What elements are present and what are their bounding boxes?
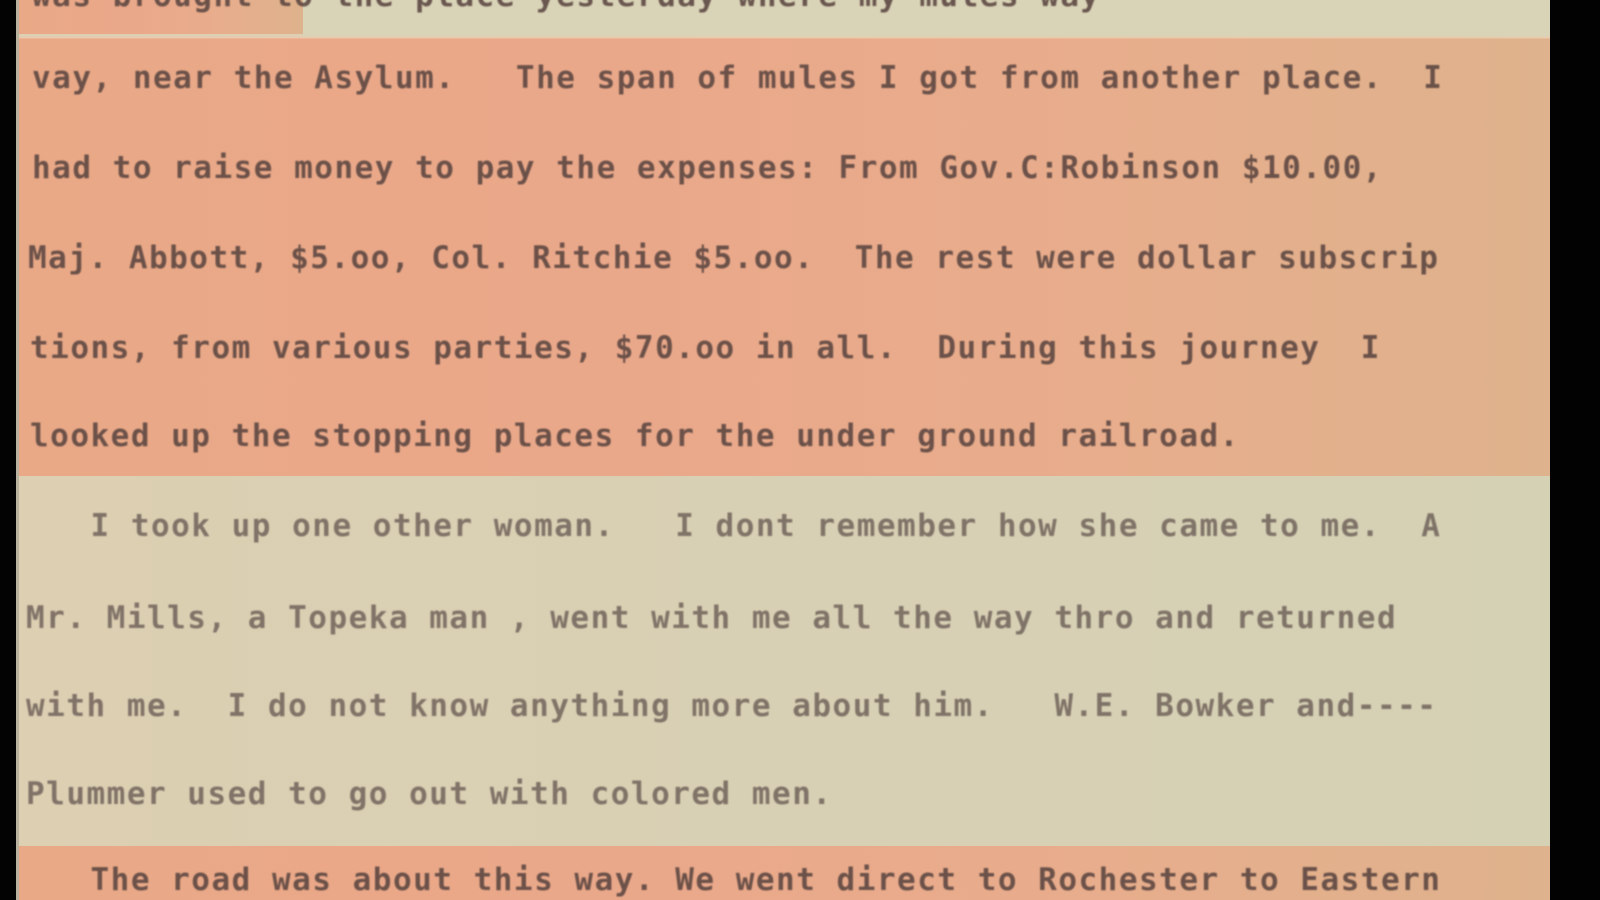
text-line-0: was brought to the place yesterday where… bbox=[32, 0, 1101, 14]
text-line-5: looked up the stopping places for the un… bbox=[30, 418, 1240, 454]
document-page: was brought to the place yesterday where… bbox=[18, 0, 1550, 900]
text-line-4: tions, from various parties, $70.oo in a… bbox=[30, 330, 1381, 366]
screen-background: was brought to the place yesterday where… bbox=[0, 0, 1600, 900]
text-line-8: with me. I do not know anything more abo… bbox=[26, 688, 1437, 724]
text-line-9: Plummer used to go out with colored men. bbox=[26, 776, 833, 812]
right-black-border bbox=[1550, 0, 1600, 900]
page-left-edge bbox=[16, 0, 19, 900]
text-line-3: Maj. Abbott, $5.oo, Col. Ritchie $5.oo. … bbox=[28, 240, 1439, 276]
text-line-6: I took up one other woman. I dont rememb… bbox=[30, 508, 1441, 544]
text-line-10: The road was about this way. We went dir… bbox=[30, 862, 1441, 898]
highlight-seam bbox=[18, 36, 1550, 39]
text-line-2: had to raise money to pay the expenses: … bbox=[32, 150, 1383, 186]
text-line-1: vay, near the Asylum. The span of mules … bbox=[32, 60, 1443, 96]
text-line-7: Mr. Mills, a Topeka man , went with me a… bbox=[26, 600, 1397, 636]
